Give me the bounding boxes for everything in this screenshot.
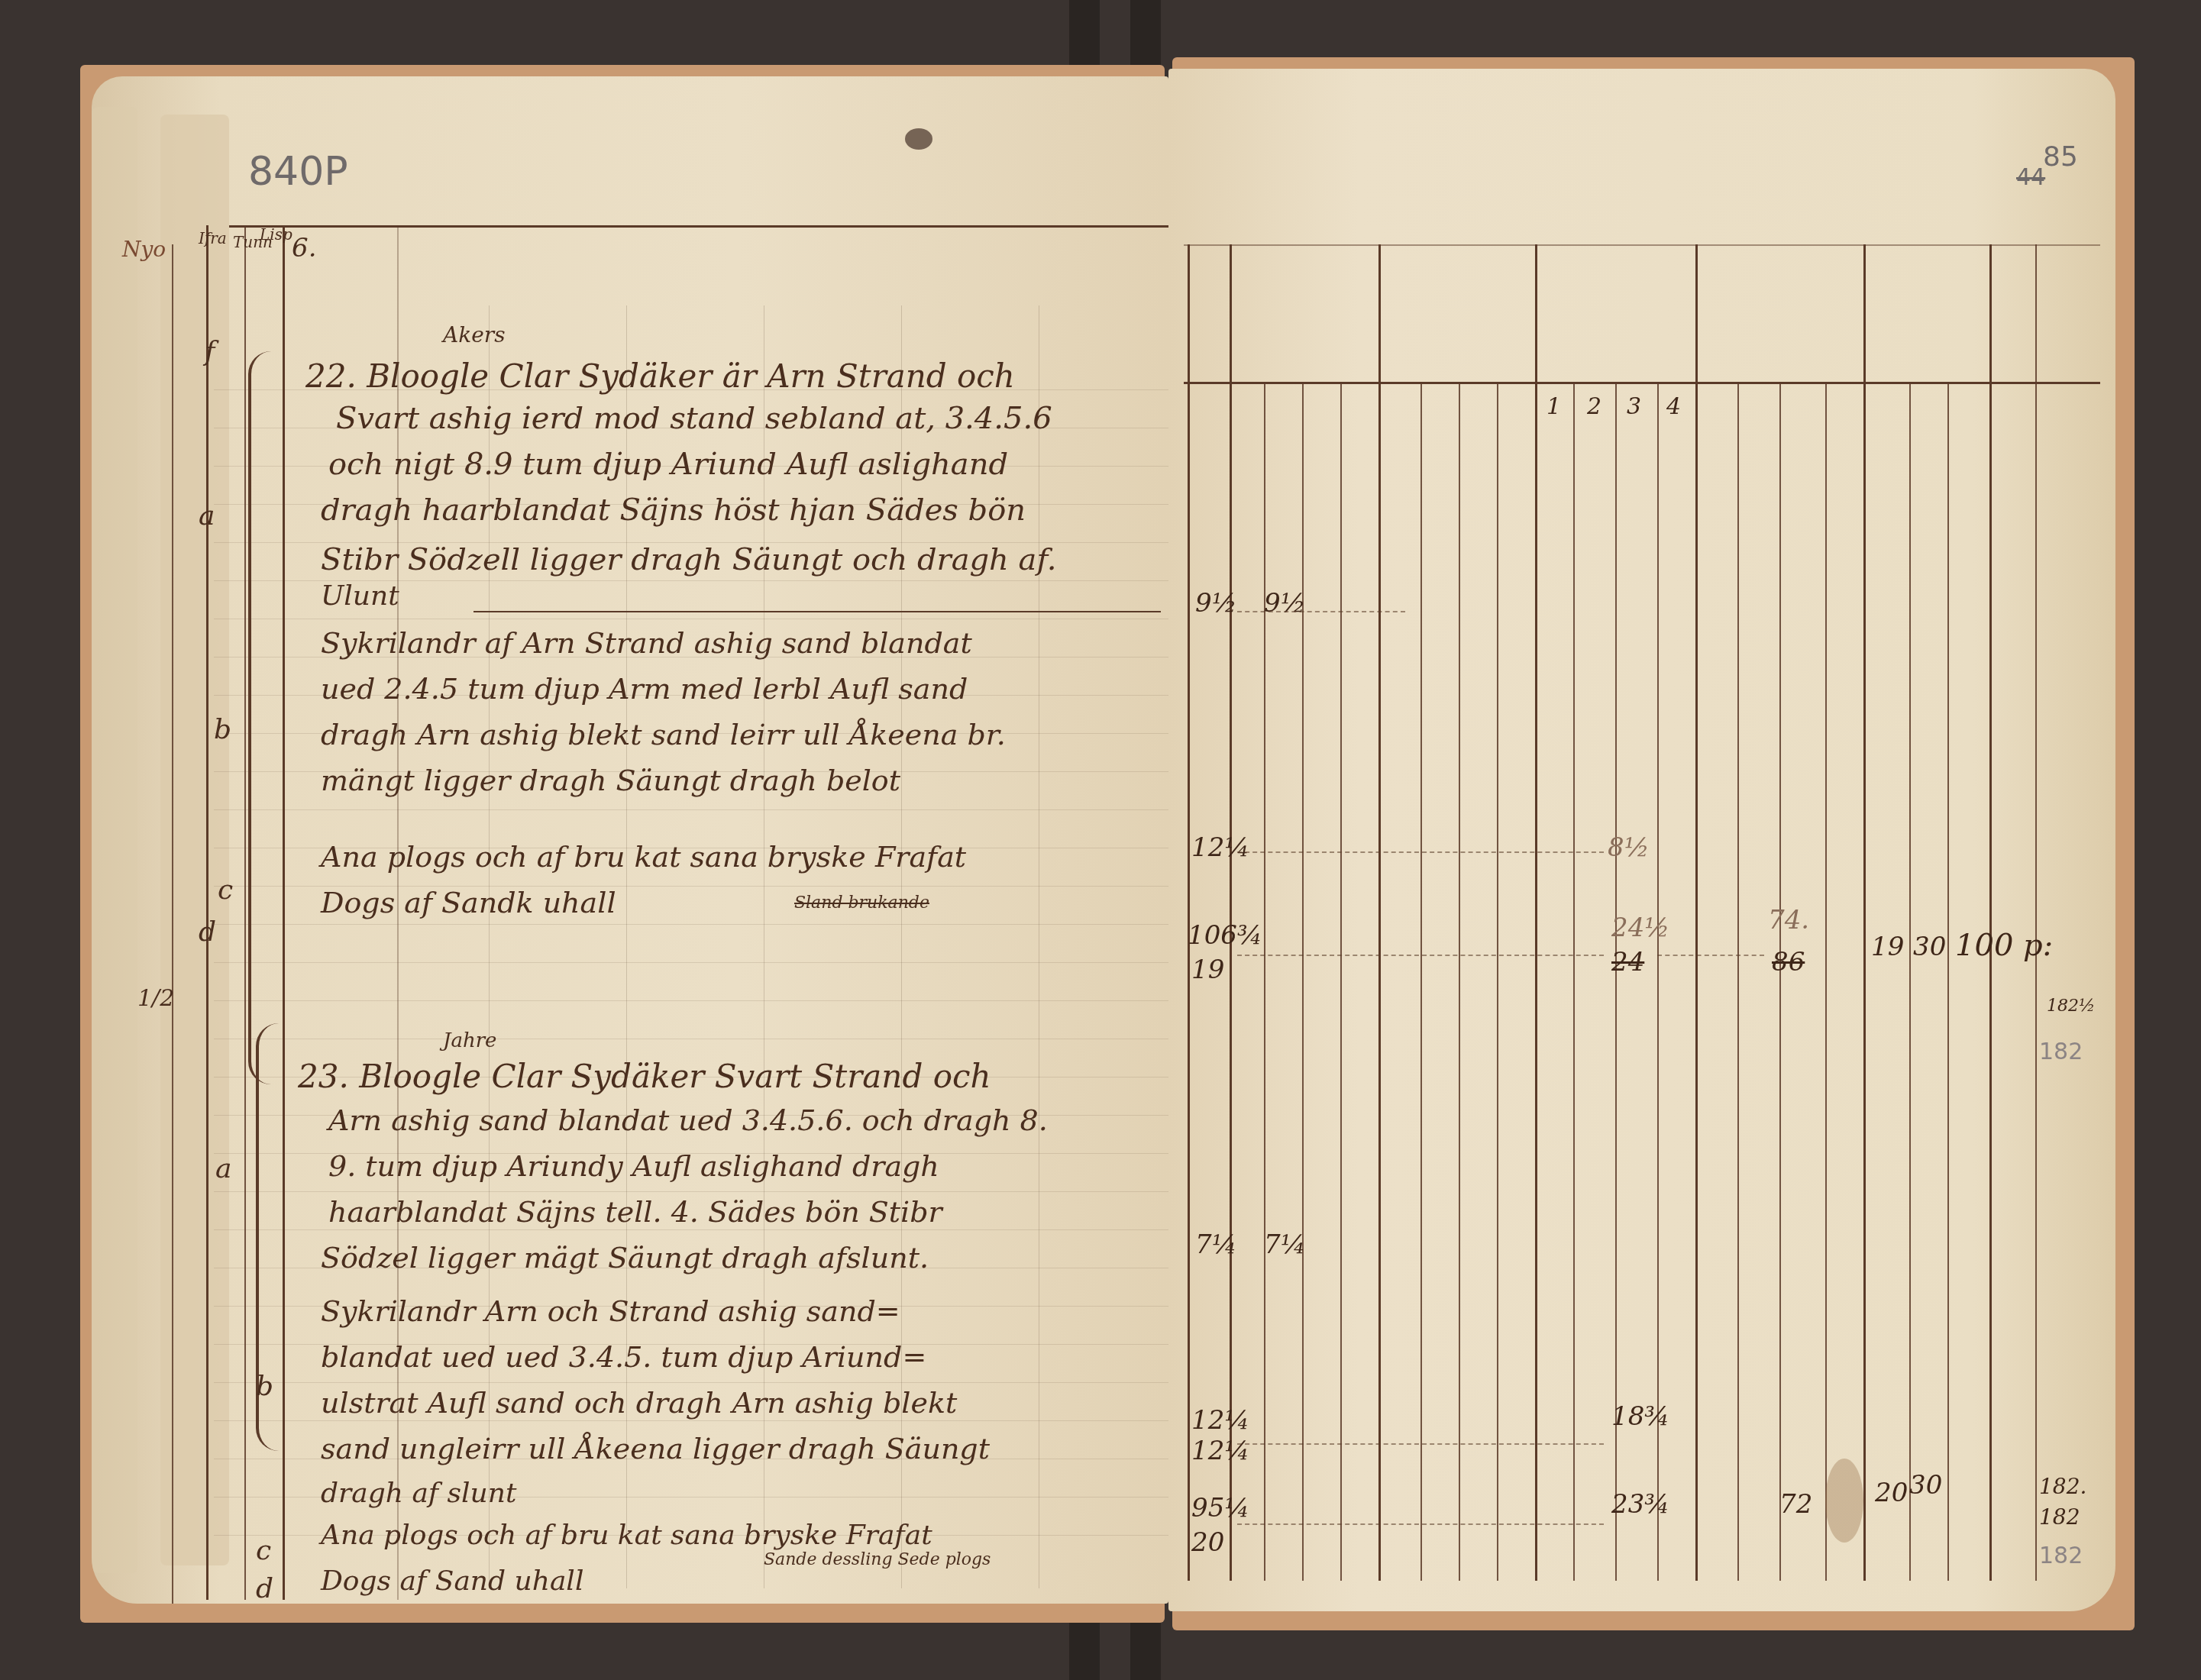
column-header: 4 (1666, 393, 1681, 420)
entry-23-line: Dogs af Sand uhall (321, 1565, 583, 1597)
figure-23c: 23¾ (1611, 1489, 1669, 1520)
margin-letter: b (256, 1371, 273, 1402)
entry-23-line: Ana plogs och af bru kat sana bryske Fra… (321, 1520, 932, 1551)
entry-23-line: Södzel ligger mägt Säungt dragh afslunt. (321, 1241, 929, 1275)
margin-letter: f (205, 336, 215, 367)
column-header-lisp: Lisp (260, 225, 292, 244)
margin-letter: d (256, 1573, 273, 1604)
figure-23a: 7¼ (1195, 1229, 1237, 1260)
figure-23d: 20 (1191, 1527, 1224, 1558)
entry-22-line: dragh Arn ashig blekt sand leirr ull Åke… (321, 718, 1006, 751)
entry-23-line: 23. Bloogle Clar Sydäker Svart Strand oc… (298, 1058, 991, 1095)
figure-22d: 19 (1871, 932, 1904, 962)
folio-number-struck: 44 (2016, 164, 2045, 191)
entry-22-line: Stibr Södzell ligger dragh Säungt och dr… (321, 542, 1057, 577)
entry-22-line: 22. Bloogle Clar Sydäker är Arn Strand o… (305, 357, 1015, 395)
header-rule (1184, 382, 2100, 384)
entry-22-line: Ulunt (321, 580, 399, 612)
entry-22-line: Sykrilandr af Arn Strand ashig sand blan… (321, 626, 972, 660)
figure-23c: 182. (2039, 1474, 2086, 1499)
entry-22-line: och nigt 8.9 tum djup Ariund Aufl asligh… (328, 447, 1008, 482)
entry-22-line: dragh haarblandat Säjns höst hjan Sädes … (321, 493, 1026, 528)
entry-23-line: blandat ued ued 3.4.5. tum djup Ariund= (321, 1340, 926, 1374)
figure-22b: 12¼ (1191, 832, 1249, 863)
figure-22d: 86 (1772, 947, 1805, 977)
subtotal: 182½ (2047, 997, 2095, 1016)
margin-letter: a (199, 500, 215, 531)
figure-22c: 24½ (1611, 913, 1669, 943)
ink-stain (1825, 1459, 1863, 1543)
column-header: 1 (1547, 393, 1561, 420)
torn-edge-strip (92, 107, 137, 1573)
column-rule (244, 225, 246, 1600)
entry-23-line: sand ungleirr ull Åkeena ligger dragh Sä… (321, 1432, 990, 1465)
entry-22-line: Ana plogs och af bru kat sana bryske Fra… (321, 840, 966, 874)
pencil-shelfmark: 840P (248, 149, 348, 195)
figure-23b: 18¾ (1611, 1401, 1669, 1432)
figure-22c: 106¾ (1188, 920, 1262, 951)
column-header: 2 (1587, 393, 1601, 420)
entry-23-line: ulstrat Aufl sand och dragh Arn ashig bl… (321, 1386, 957, 1420)
column-header-nyo: Nyo (122, 237, 166, 262)
margin-fraction: 1/2 (137, 985, 174, 1012)
entry-22-line: Svart ashig ierd mod stand sebland at, 3… (336, 401, 1052, 436)
column-rule (172, 244, 173, 1604)
figure-23c: 72 (1779, 1489, 1812, 1520)
entry-23-line: dragh af slunt (321, 1478, 516, 1509)
interlinear-note: Jahre (443, 1029, 496, 1052)
torn-edge-strip (160, 115, 229, 1565)
figure-23a: 7¼ (1264, 1229, 1306, 1260)
figure-23b: 12¼ (1191, 1436, 1249, 1466)
margin-letter: b (214, 714, 231, 745)
entry-23-line: Arn ashig sand blandat ued 3.4.5.6. och … (328, 1103, 1048, 1137)
strikeout-note: Sland brukande (794, 893, 929, 913)
left-page: 840P Nyo Ifra Tunn Lisp 6. f a b c d Ake… (92, 76, 1168, 1604)
figure-22a: 9½ (1264, 588, 1306, 619)
figure-22b: 8½ (1608, 832, 1650, 863)
figure-22a: 9½ (1195, 588, 1237, 619)
pencil-total: 182 (2039, 1543, 2083, 1569)
column-header-ifra: Ifra (199, 229, 227, 247)
figure-23c: 20 (1875, 1478, 1908, 1508)
top-rule (1184, 244, 2100, 246)
column-header: 3 (1627, 393, 1641, 420)
column-rule (206, 225, 208, 1600)
entry-23-line: Sykrilandr Arn och Strand ashig sand= (321, 1294, 900, 1328)
ink-blot (905, 128, 932, 150)
figure-22c: 74. (1768, 905, 1809, 935)
entry-23-line: 9. tum djup Ariundy Aufl aslighand dragh (328, 1149, 939, 1183)
entry-22-line: ued 2.4.5 tum djup Arm med lerbl Aufl sa… (321, 672, 968, 706)
figure-23c: 95¼ (1191, 1493, 1249, 1523)
entry-22-line: Dogs af Sandk uhall (321, 886, 616, 919)
figure-22d: 100 p: (1955, 928, 2053, 963)
figure-23d: 182 (2039, 1504, 2080, 1530)
interlinear-note: Akers (443, 322, 506, 347)
column-header-six: 6. (292, 233, 316, 263)
margin-letter: c (256, 1535, 271, 1566)
margin-letter: c (218, 874, 233, 906)
figure-23b: 12¼ (1191, 1405, 1249, 1436)
margin-letter: d (199, 916, 216, 948)
interlinear-note: Sande dessling Sede plogs (764, 1550, 991, 1569)
pencil-total: 182 (2039, 1039, 2083, 1065)
figure-22d: 19 (1191, 955, 1224, 985)
figure-22d: 30 (1913, 932, 1946, 962)
entry-22-bracket (248, 351, 282, 1084)
folio-number: 85 (2043, 141, 2078, 173)
entry-23-line: haarblandat Säjns tell. 4. Sädes bön Sti… (328, 1195, 942, 1229)
right-page: 85 44 1 2 3 4 9½ 9½ 12¼ 8½ 106¾ 24½ 74. … (1168, 69, 2115, 1611)
figure-22d: 24 (1611, 947, 1644, 977)
header-rule (229, 225, 1168, 228)
margin-letter: a (215, 1153, 231, 1184)
figure-23c: 30 (1909, 1470, 1942, 1501)
entry-22-line: mängt ligger dragh Säungt dragh belot (321, 764, 900, 797)
